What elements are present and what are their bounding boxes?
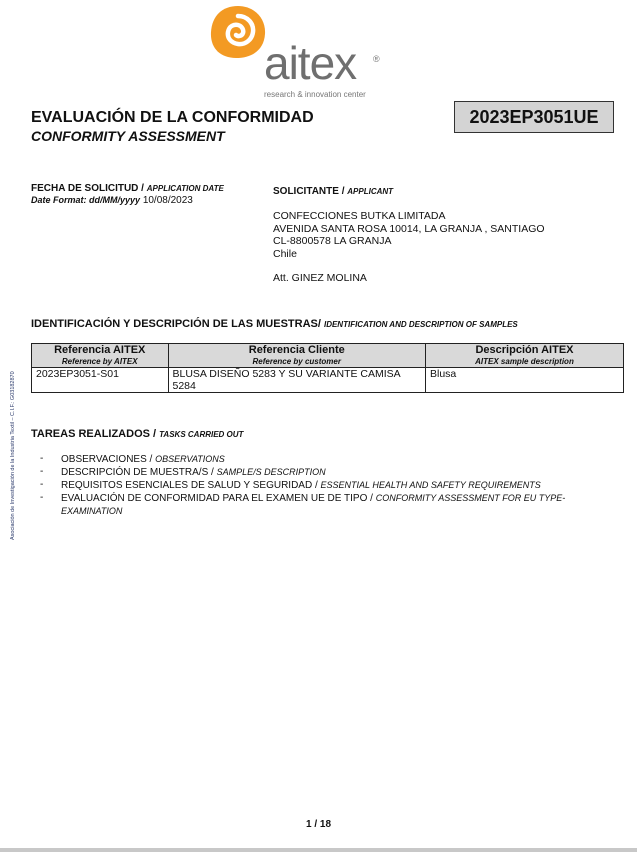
- task-label-es: EVALUACIÓN DE CONFORMIDAD PARA EL EXAMEN…: [61, 493, 376, 504]
- list-item: -DESCRIPCIÓN DE MUESTRA/S / SAMPLE/S DES…: [40, 466, 620, 479]
- dash-bullet-icon: -: [40, 479, 43, 491]
- list-item: -OBSERVACIONES / OBSERVATIONS: [40, 453, 620, 466]
- task-label-en: SAMPLE/S DESCRIPTION: [217, 467, 326, 477]
- cell-aitex-description: Blusa: [425, 368, 623, 393]
- application-date-row: Date Format: dd/MM/yyyy 10/08/2023: [31, 195, 193, 206]
- applicant-attention: Att. GINEZ MOLINA: [273, 272, 367, 284]
- page-bottom-divider: [0, 848, 637, 852]
- column-header-es: Referencia AITEX: [36, 345, 164, 356]
- applicant-street: AVENIDA SANTA ROSA 10014, LA GRANJA , SA…: [273, 223, 545, 236]
- task-label-en: ESSENTIAL HEALTH AND SAFETY REQUIREMENTS: [321, 480, 541, 490]
- column-header-en: Reference by customer: [173, 356, 421, 367]
- document-subtitle: CONFORMITY ASSESSMENT: [31, 128, 225, 144]
- application-date-label-es: FECHA DE SOLICITUD /: [31, 183, 147, 194]
- column-header-en: Reference by AITEX: [36, 356, 164, 367]
- column-header-aitex-reference: Referencia AITEX Reference by AITEX: [32, 344, 169, 368]
- tasks-heading-es: TAREAS REALIZADOS /: [31, 428, 159, 440]
- column-header-es: Referencia Cliente: [173, 345, 421, 356]
- tasks-list: -OBSERVACIONES / OBSERVATIONS -DESCRIPCI…: [40, 453, 620, 518]
- tasks-heading: TAREAS REALIZADOS / TASKS CARRIED OUT: [31, 428, 243, 440]
- applicant-postal-city: CL-8800578 LA GRANJA: [273, 235, 545, 248]
- column-header-en: AITEX sample description: [430, 356, 619, 367]
- samples-table-header: Referencia AITEX Reference by AITEX Refe…: [32, 344, 624, 368]
- applicant-country: Chile: [273, 248, 545, 261]
- application-date-label-en: APPLICATION DATE: [147, 184, 224, 193]
- column-header-aitex-description: Descripción AITEX AITEX sample descripti…: [425, 344, 623, 368]
- cell-aitex-reference: 2023EP3051-S01: [32, 368, 169, 393]
- table-row: 2023EP3051-S01 BLUSA DISEÑO 5283 Y SU VA…: [32, 368, 624, 393]
- dash-bullet-icon: -: [40, 453, 43, 465]
- report-reference-badge: 2023EP3051UE: [454, 101, 614, 133]
- task-label-es: REQUISITOS ESENCIALES DE SALUD Y SEGURID…: [61, 480, 321, 491]
- samples-heading-es: IDENTIFICACIÓN Y DESCRIPCIÓN DE LAS MUES…: [31, 318, 324, 330]
- column-header-customer-reference: Referencia Cliente Reference by customer: [168, 344, 425, 368]
- applicant-label-es: SOLICITANTE /: [273, 186, 347, 197]
- applicant-address: CONFECCIONES BUTKA LIMITADA AVENIDA SANT…: [273, 210, 545, 260]
- dash-bullet-icon: -: [40, 492, 43, 504]
- application-date-label: FECHA DE SOLICITUD / APPLICATION DATE: [31, 183, 224, 194]
- side-legal-text: Asociación de Investigación de la Indust…: [10, 371, 16, 540]
- samples-heading: IDENTIFICACIÓN Y DESCRIPCIÓN DE LAS MUES…: [31, 318, 518, 330]
- logo-tagline: research & innovation center: [264, 90, 366, 99]
- task-label-es: DESCRIPCIÓN DE MUESTRA/S /: [61, 467, 217, 478]
- date-format-label: Date Format: dd/MM/yyyy: [31, 195, 140, 205]
- application-date-value: 10/08/2023: [143, 195, 193, 206]
- dash-bullet-icon: -: [40, 466, 43, 478]
- applicant-company: CONFECCIONES BUTKA LIMITADA: [273, 210, 545, 223]
- list-item: -REQUISITOS ESENCIALES DE SALUD Y SEGURI…: [40, 479, 620, 492]
- samples-table: Referencia AITEX Reference by AITEX Refe…: [31, 343, 624, 393]
- page-number: 1 / 18: [0, 819, 637, 830]
- applicant-label-en: APPLICANT: [347, 187, 393, 196]
- registered-mark: ®: [373, 54, 380, 64]
- logo-wordmark: aitex: [264, 40, 356, 86]
- task-label-en: OBSERVATIONS: [155, 454, 225, 464]
- swirl-logo-icon: [208, 4, 268, 60]
- column-header-es: Descripción AITEX: [430, 345, 619, 356]
- applicant-label: SOLICITANTE / APPLICANT: [273, 186, 393, 197]
- list-item: -EVALUACIÓN DE CONFORMIDAD PARA EL EXAME…: [40, 492, 620, 518]
- document-page: aitex ® research & innovation center EVA…: [0, 0, 637, 848]
- document-title: EVALUACIÓN DE LA CONFORMIDAD: [31, 109, 314, 127]
- tasks-heading-en: TASKS CARRIED OUT: [159, 430, 243, 439]
- samples-heading-en: IDENTIFICATION AND DESCRIPTION OF SAMPLE…: [324, 320, 518, 329]
- task-label-es: OBSERVACIONES /: [61, 454, 155, 465]
- aitex-logo: aitex ® research & innovation center: [208, 4, 388, 100]
- cell-customer-reference: BLUSA DISEÑO 5283 Y SU VARIANTE CAMISA 5…: [168, 368, 425, 393]
